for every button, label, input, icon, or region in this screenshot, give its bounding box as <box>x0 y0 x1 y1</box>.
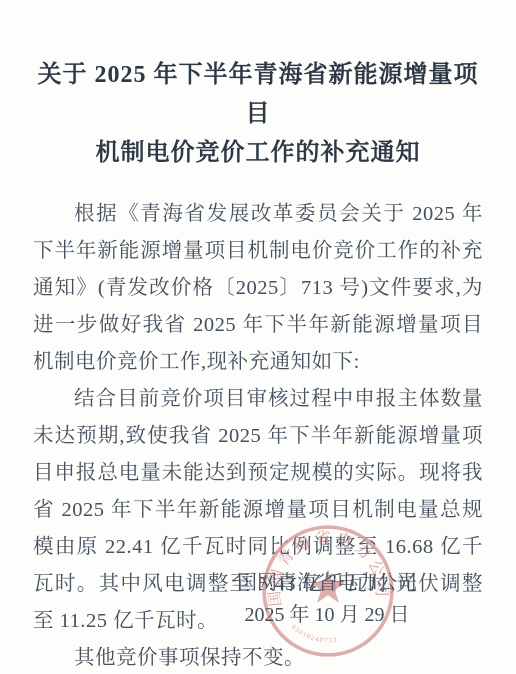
title-line-2: 机制电价竞价工作的补充通知 <box>30 134 486 173</box>
issuing-organization: 国网青海省电力公司 <box>222 567 432 599</box>
issue-date: 2025 年 10 月 29 日 <box>222 599 432 631</box>
paragraph-other-items: 其他竞价事项保持不变。 <box>33 640 483 674</box>
title-line-1: 关于 2025 年下半年青海省新能源增量项目 <box>30 56 486 134</box>
notice-page: 关于 2025 年下半年青海省新能源增量项目 机制电价竞价工作的补充通知 根据《… <box>0 0 516 674</box>
document-title: 关于 2025 年下半年青海省新能源增量项目 机制电价竞价工作的补充通知 <box>30 56 486 173</box>
paragraph-basis: 根据《青海省发展改革委员会关于 2025 年下半年新能源增量项目机制电价竞价工作… <box>33 196 483 381</box>
signature-block: 国网青海省电力公司 2025 年 10 月 29 日 <box>222 567 432 631</box>
